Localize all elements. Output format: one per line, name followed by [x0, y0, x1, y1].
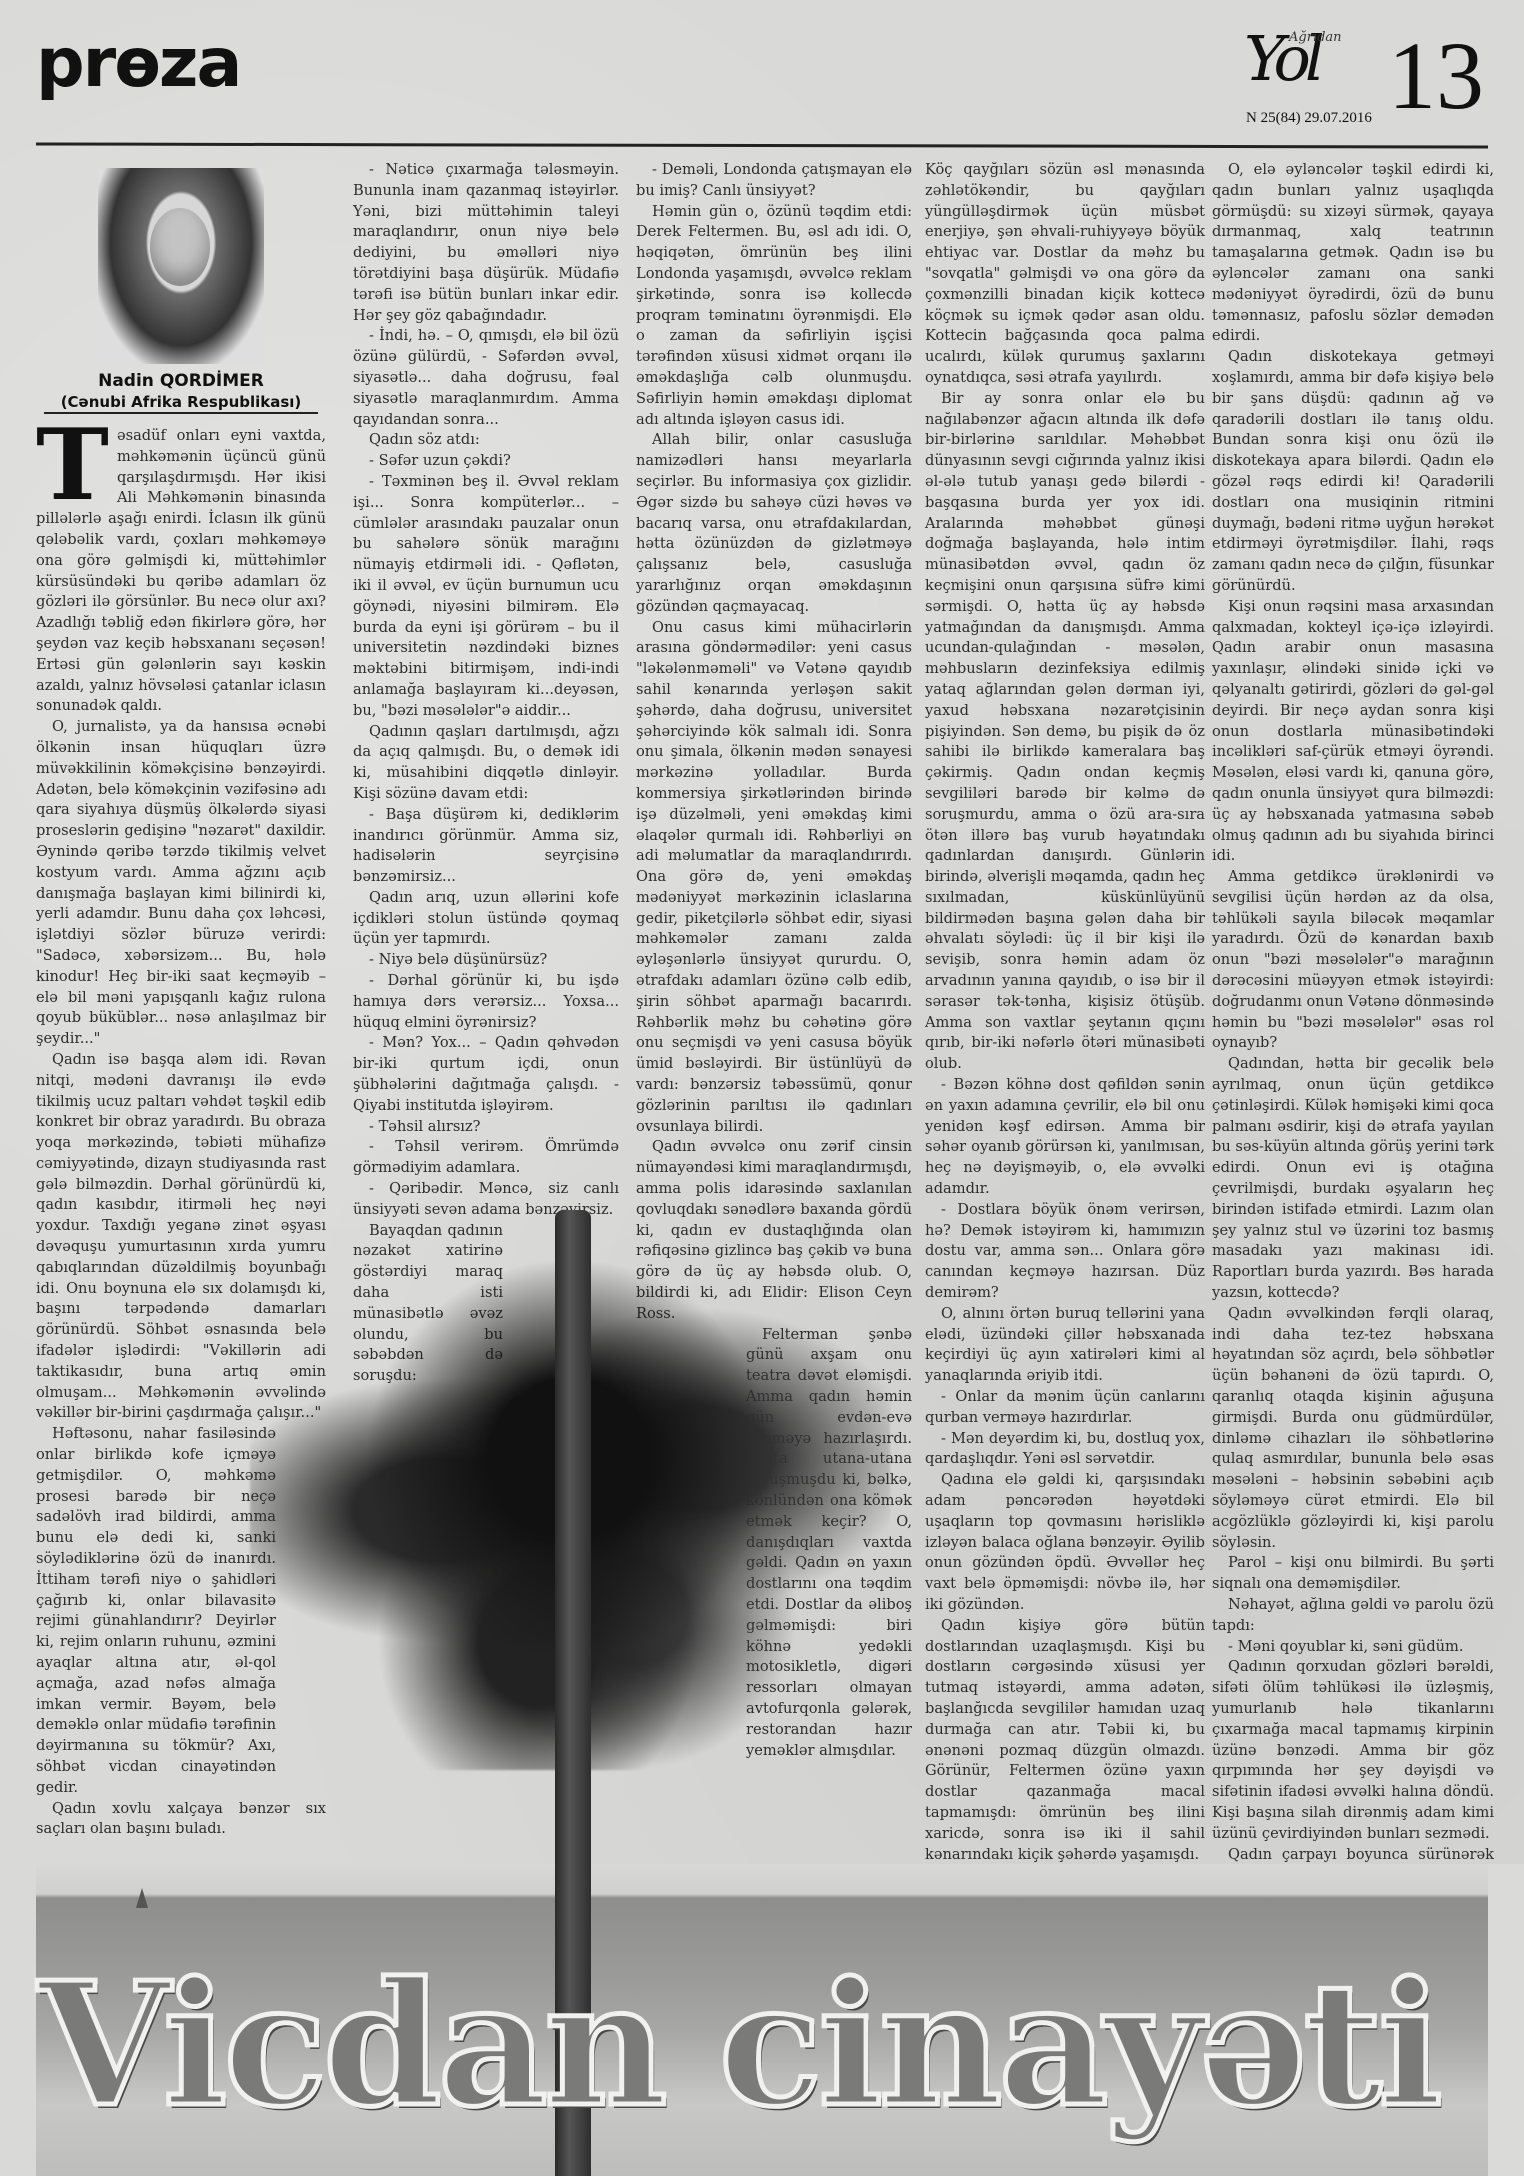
paragraph: O, alnını örtən buruq tellərini yana elə… — [925, 1304, 1205, 1387]
page-number: 13 — [1388, 28, 1484, 124]
paragraph: Bir ay sonra onlar elə bu nağılabənzər a… — [925, 389, 1205, 1075]
article-column-2: - Nəticə çıxarmağa tələsməyin. Bununla i… — [353, 160, 619, 1387]
paragraph: - Dərhal görünür ki, bu işdə hamıya dərs… — [353, 971, 619, 1033]
paragraph: - Təhsil alırsız? — [353, 1117, 619, 1138]
masthead: Yol Ağrıdan N 25(84) 29.07.2016 13 — [1184, 28, 1484, 138]
paragraph: Qadının qaşları dartılmışdı, ağzı da açı… — [353, 722, 619, 805]
paragraph: - Səfər uzun çəkdi? — [353, 451, 619, 472]
paragraph: - Təxminən beş il. Əvvəl reklam işi... S… — [353, 472, 619, 722]
paragraph: O, elə əyləncələr təşkil edirdi ki, qadı… — [1212, 160, 1494, 347]
paragraph: Qadın kişiyə görə bütün dostlarından uza… — [925, 1616, 1205, 1866]
paragraph: Qadın arıq, uzun əllərini kofe içdikləri… — [353, 888, 619, 950]
paragraph: - Məni qoyublar ki, səni güdüm. — [1212, 1637, 1494, 1658]
paragraph: Qadın diskotekaya getməyi xoşlamırdı, am… — [1212, 347, 1494, 597]
paragraph: - Nəticə çıxarmağa tələsməyin. Bununla i… — [353, 160, 619, 326]
paragraph: Allah bilir, onlar casusluğa namizədləri… — [636, 430, 912, 617]
paragraph: Köç qayğıları sözün əsl mənasında zəhlət… — [925, 160, 1205, 389]
paragraph: - Deməli, Londonda çatışmayan elə bu imi… — [636, 160, 912, 202]
newspaper-logo-subtitle: Ağrıdan — [1289, 30, 1342, 45]
paragraph: Nəhayət, ağlına gəldi və parolu özü tapd… — [1212, 1595, 1494, 1637]
section-title: prөza — [36, 30, 240, 98]
paragraph: O, jurnalistə, ya da hansısa əcnəbi ölkə… — [36, 717, 326, 1050]
author-name: Nadin QORDİMER — [36, 370, 326, 392]
newspaper-page: prөza Yol Ağrıdan N 25(84) 29.07.2016 13… — [0, 0, 1524, 2176]
page-margin — [1488, 1864, 1524, 2176]
paragraph: Qadın xovlu xalçaya bənzər sıx saçları o… — [36, 1799, 326, 1841]
paragraph: Həmin gün o, özünü təqdim etdi: Derek Fe… — [636, 202, 912, 431]
paragraph: Həftəsonu, nahar fasiləsində onlar birli… — [36, 1424, 276, 1798]
paragraph: Qadın əvvəlkindən fərqli olaraq, indi da… — [1212, 1304, 1494, 1554]
paragraph: - Onlar da mənim üçün canlarını qurban v… — [925, 1387, 1205, 1429]
issue-info: N 25(84) 29.07.2016 — [1246, 110, 1372, 127]
paragraph: - Mən deyərdim ki, bu, dostluq yox, qard… — [925, 1429, 1205, 1471]
paragraph: Onu casus kimi mühacirlərin arasına gönd… — [636, 618, 912, 1138]
paragraph: Amma getdikcə ürəklənirdi və sevgilisi ü… — [1212, 867, 1494, 1054]
author-country: (Cənubi Afrika Respublikası) — [44, 392, 318, 414]
paragraph: - Niyə belə düşünürsüz? — [353, 950, 619, 971]
paragraph: Qadından, hətta bir gecəlik belə ayrılma… — [1212, 1054, 1494, 1304]
paragraph: Qadının qorxudan gözləri bərəldi, sifəti… — [1212, 1657, 1494, 1844]
paragraph: - Başa düşürəm ki, dediklərim inandırıcı… — [353, 805, 619, 888]
paragraph: Qadın söz atdı: — [353, 430, 619, 451]
paragraph: Parol – kişi onu bilmirdi. Bu şərti siqn… — [1212, 1553, 1494, 1595]
paragraph: Qadına elə gəldi ki, qarşısındakı adam p… — [925, 1470, 1205, 1616]
sailboat-icon — [136, 1888, 148, 1908]
paragraph: - İndi, hə. – O, qımışdı, elə bil özü öz… — [353, 326, 619, 430]
paragraph: Təsadüf onları eyni vaxtda, məhkəmənin ü… — [36, 426, 326, 717]
article-column-5: O, elə əyləncələr təşkil edirdi ki, qadı… — [1212, 160, 1494, 1957]
paragraph: - Təhsil verirəm. Ömrümdə görmədiyim ada… — [353, 1137, 619, 1179]
paragraph: - Bəzən köhnə dost qəfildən sənin ən yax… — [925, 1075, 1205, 1200]
article-title: Vicdan cinayəti — [38, 1960, 1488, 2130]
paragraph: - Mən? Yox... – Qadın qəhvədən bir-iki q… — [353, 1033, 619, 1116]
article-column-4: Köç qayğıları sözün əsl mənasında zəhlət… — [925, 160, 1205, 1865]
paragraph: Kişi onun rəqsini masa arxasından qalxma… — [1212, 597, 1494, 867]
drop-cap: T — [36, 428, 109, 504]
header-divider — [36, 142, 1488, 148]
author-photo — [98, 168, 264, 364]
paragraph: - Dostlara böyük önəm verirsən, hə? Demə… — [925, 1200, 1205, 1304]
